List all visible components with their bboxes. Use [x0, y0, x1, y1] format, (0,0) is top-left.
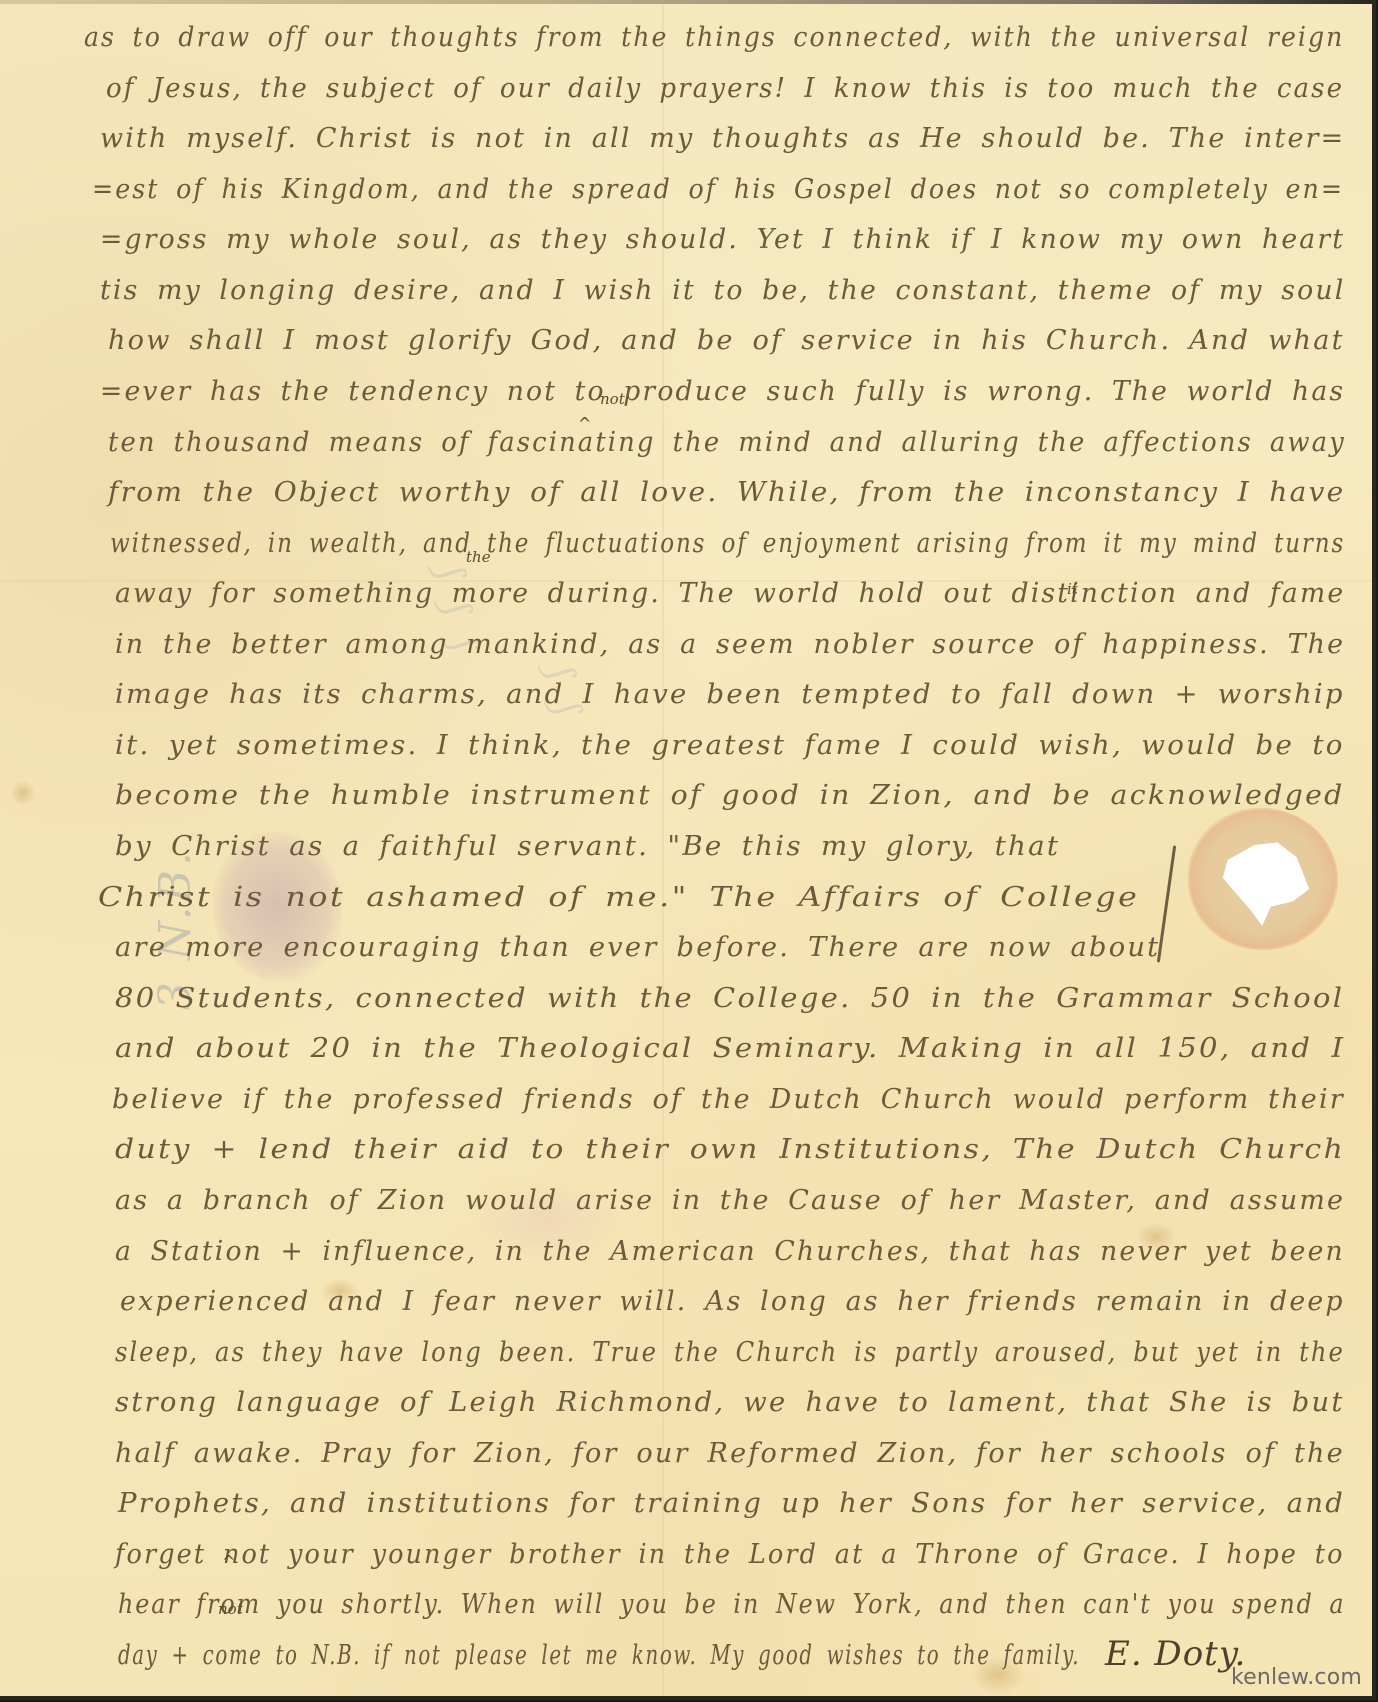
letter-line: =ever has the tendency not to produce su…	[100, 376, 1345, 407]
letter-line: duty + lend their aid to their own Insti…	[115, 1134, 1345, 1165]
foxing-spot	[10, 780, 36, 806]
letter-line: hear from you shortly. When will you be …	[118, 1589, 1346, 1620]
letter-line: =gross my whole soul, as they should. Ye…	[100, 224, 1345, 255]
interlinear-insert: it	[1067, 580, 1078, 598]
letter-line: away for something more during. The worl…	[115, 578, 1345, 609]
letter-line: believe if the professed friends of the …	[112, 1084, 1345, 1115]
scan-edge	[0, 0, 1372, 4]
letter-line: how shall I most glorify God, and be of …	[108, 325, 1345, 356]
letter-line: Christ is not ashamed of me." The Affair…	[98, 882, 1139, 913]
letter-line: as to draw off our thoughts from the thi…	[84, 22, 1344, 53]
letter-line: Prophets, and institutions for training …	[118, 1488, 1345, 1519]
letter-line: of Jesus, the subject of our daily praye…	[106, 73, 1344, 104]
letter-line: it. yet sometimes. I think, the greatest…	[115, 730, 1345, 761]
letter-line: ten thousand means of fascinating the mi…	[108, 427, 1346, 458]
letter-line: strong language of Leigh Richmond, we ha…	[115, 1387, 1345, 1418]
interlinear-insert: not	[600, 390, 625, 408]
letter-line: a Station + influence, in the American C…	[115, 1236, 1345, 1267]
letter-line: by Christ as a faithful servant. "Be thi…	[115, 831, 1060, 862]
letter-line: sleep, as they have long been. True the …	[115, 1337, 1345, 1368]
letter-line: with myself. Christ is not in all my tho…	[100, 123, 1345, 154]
caret-mark-icon: ^	[578, 414, 591, 433]
letter-line: become the humble instrument of good in …	[115, 780, 1345, 811]
letter-line: 80 Students, connected with the College.…	[115, 983, 1344, 1014]
letter-line: =est of his Kingdom, and the spread of h…	[92, 174, 1344, 205]
letter-line: experienced and I fear never will. As lo…	[120, 1286, 1345, 1317]
letter-line: as a branch of Zion would arise in the C…	[115, 1185, 1345, 1216]
letter-line: witnessed, in wealth, and the fluctuatio…	[110, 528, 1345, 559]
signature: E. Doty.	[1105, 1634, 1246, 1674]
letter-line: day + come to N.B. if not please let me …	[118, 1640, 1080, 1671]
letter-line: and about 20 in the Theological Seminary…	[115, 1033, 1345, 1064]
interlinear-insert: not	[218, 1600, 243, 1618]
letter-line: are more encouraging than ever before. T…	[115, 932, 1160, 963]
caret-mark-icon: ^	[222, 1552, 235, 1571]
letter-line: in the better among mankind, as a seem n…	[115, 629, 1345, 660]
interlinear-insert: the	[466, 548, 491, 566]
letter-line: forget not your younger brother in the L…	[115, 1539, 1345, 1570]
letter-line: from the Object worthy of all love. Whil…	[108, 477, 1345, 508]
letter-line: image has its charms, and I have been te…	[115, 679, 1345, 710]
letter-page: 3 N.B. ⟆ ⟆ ⟆ ⟆ ⟆ as to draw off our thou…	[0, 0, 1376, 1700]
letter-line: half awake. Pray for Zion, for our Refor…	[115, 1438, 1345, 1469]
watermark: kenlew.com	[1231, 1665, 1362, 1690]
letter-line: tis my longing desire, and I wish it to …	[100, 275, 1345, 306]
